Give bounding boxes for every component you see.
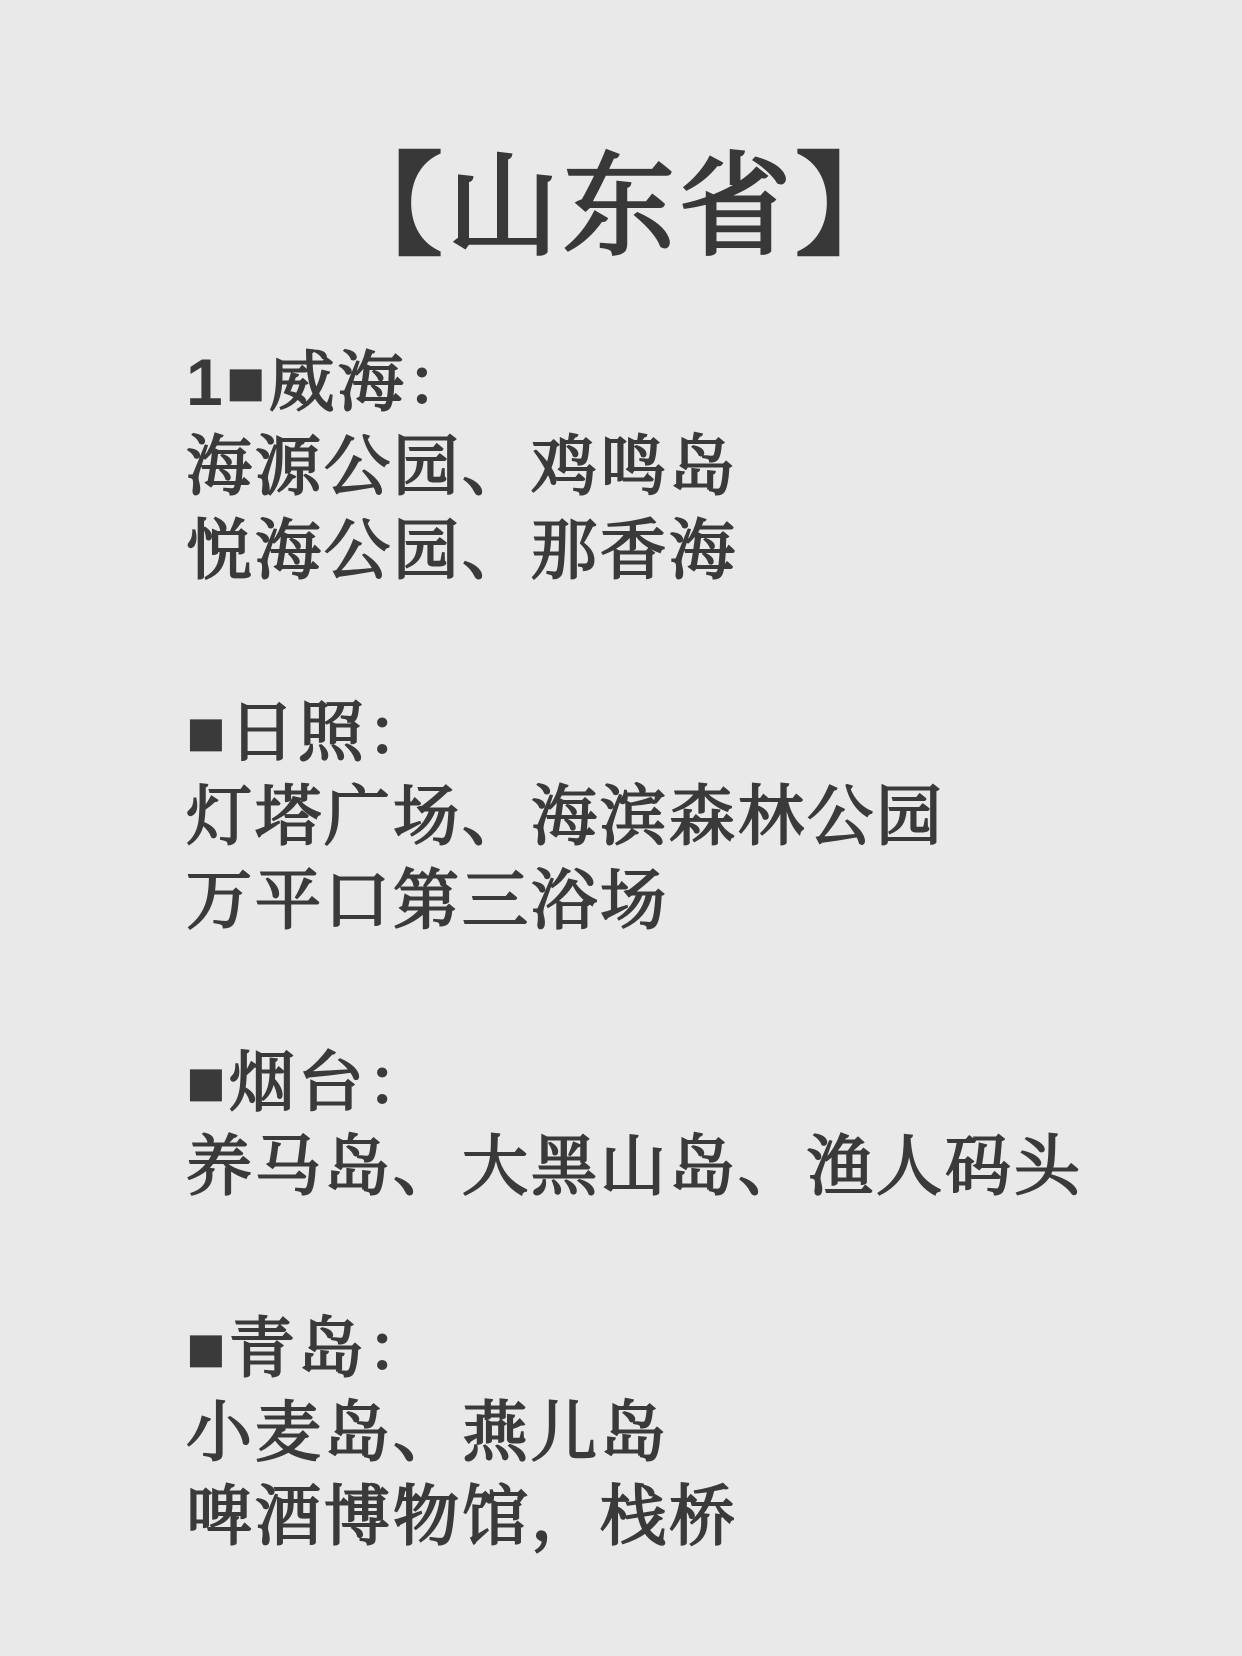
attraction-line: 悦海公园、那香海	[186, 508, 1182, 592]
city-section-weihai: 1■威海： 海源公园、鸡鸣岛 悦海公园、那香海	[186, 340, 1182, 592]
attraction-line: 养马岛、大黑山岛、渔人码头	[186, 1124, 1182, 1208]
city-heading: 1■威海：	[186, 340, 1182, 424]
attraction-line: 海源公园、鸡鸣岛	[186, 424, 1182, 508]
attraction-line: 啤酒博物馆，栈桥	[186, 1474, 1182, 1558]
attraction-line: 万平口第三浴场	[186, 858, 1182, 942]
city-section-rizhao: ■日照： 灯塔广场、海滨森林公园 万平口第三浴场	[186, 690, 1182, 942]
city-heading: ■青岛：	[186, 1306, 1182, 1390]
poster-content: 1■威海： 海源公园、鸡鸣岛 悦海公园、那香海 ■日照： 灯塔广场、海滨森林公园…	[0, 340, 1242, 1558]
city-section-qingdao: ■青岛： 小麦岛、燕儿岛 啤酒博物馆，栈桥	[186, 1306, 1182, 1558]
page-title: 【山东省】	[0, 140, 1242, 274]
attraction-line: 灯塔广场、海滨森林公园	[186, 774, 1182, 858]
attraction-line: 小麦岛、燕儿岛	[186, 1390, 1182, 1474]
city-heading: ■日照：	[186, 690, 1182, 774]
travel-list-poster: 【山东省】 1■威海： 海源公园、鸡鸣岛 悦海公园、那香海 ■日照： 灯塔广场、…	[0, 0, 1242, 1656]
city-heading: ■烟台：	[186, 1040, 1182, 1124]
city-section-yantai: ■烟台： 养马岛、大黑山岛、渔人码头	[186, 1040, 1182, 1208]
